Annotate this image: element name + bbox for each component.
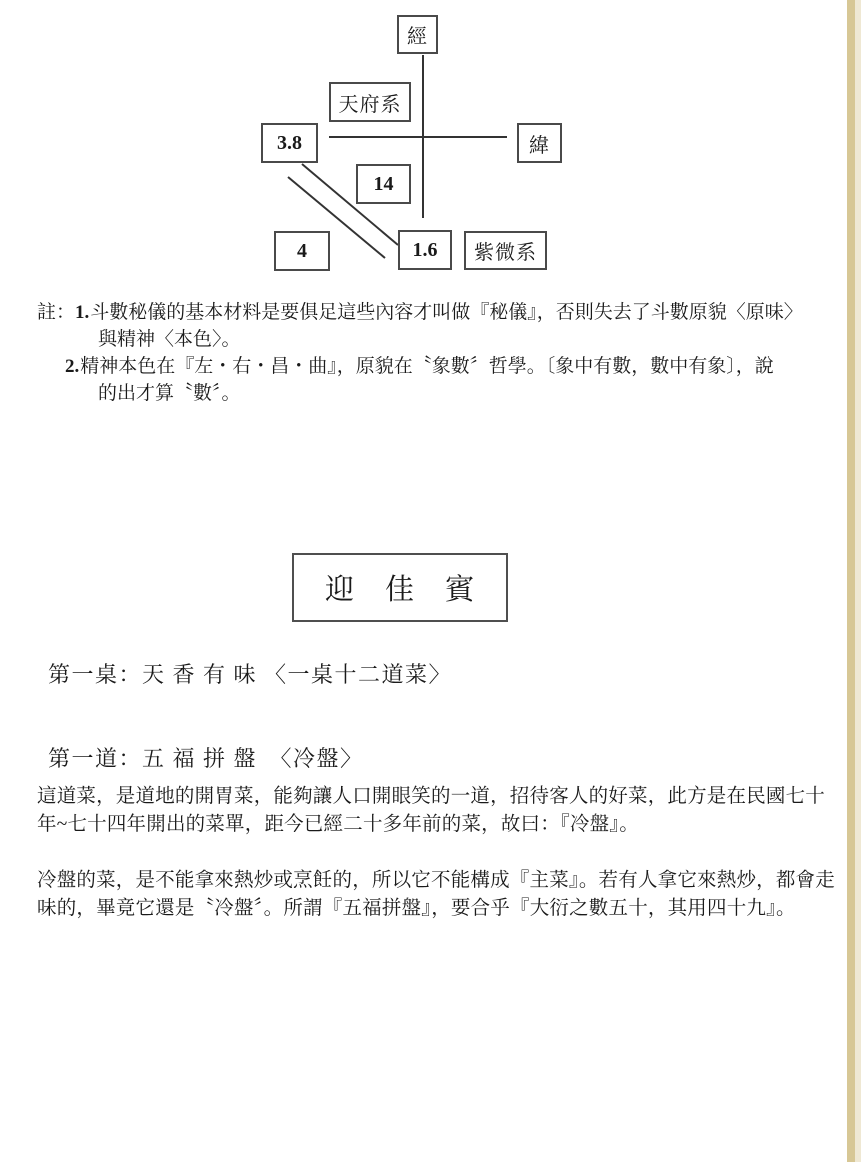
- paragraph-2: 冷盤的菜，是不能拿來熱炒或烹飪的，所以它不能構成『主菜』。若有人拿它來熱炒，都會…: [37, 867, 836, 923]
- diagram-box-1-6: 1.6: [398, 230, 452, 270]
- note-line-3: 2.精神本色在『左・右・昌・曲』，原貌在〝象數〞哲學。〔象中有數，數中有象〕，說: [0, 353, 861, 380]
- diagram-box-ziwei-label: 紫微系: [474, 236, 537, 265]
- note-line-2: 與精神〈本色〉。: [0, 326, 861, 353]
- diagram-box-tianfu-label: 天府系: [339, 88, 402, 117]
- note-item-2-continued: 的出才算〝數〞。: [98, 383, 241, 404]
- note-item-1-number: 1.: [75, 302, 90, 323]
- page-edge-strip-light: [855, 0, 861, 1162]
- page-edge-strip-dark: [847, 0, 855, 1162]
- note-block: 註：1.斗數秘儀的基本材料是要俱足這些內容才叫做『秘儀』，否則失去了斗數原貌〈原…: [0, 299, 861, 407]
- note-line-1: 註：1.斗數秘儀的基本材料是要俱足這些內容才叫做『秘儀』，否則失去了斗數原貌〈原…: [0, 299, 861, 326]
- dish-heading: 第一道：五 福 拼 盤 〈冷盤〉: [48, 742, 364, 773]
- diagram-box-4-label: 4: [297, 240, 307, 263]
- diagram-box-3-8: 3.8: [261, 123, 318, 163]
- diagram-box-wei-label: 緯: [529, 129, 550, 158]
- note-prefix: 註：: [37, 302, 75, 323]
- banner-box: 迎 佳 賓: [292, 553, 508, 622]
- paragraph-1: 這道菜，是道地的開胃菜，能夠讓人口開眼笑的一道，招待客人的好菜，此方是在民國七十…: [37, 783, 836, 839]
- note-item-1-continued: 與精神〈本色〉。: [98, 329, 241, 350]
- note-item-2-text: 精神本色在『左・右・昌・曲』，原貌在〝象數〞哲學。〔象中有數，數中有象〕，說: [80, 356, 774, 377]
- diagram-box-14-label: 14: [374, 173, 394, 196]
- diagram-box-14: 14: [356, 164, 411, 204]
- diagram-box-ziwei: 紫微系: [464, 231, 547, 270]
- diagram-box-wei: 緯: [517, 123, 562, 163]
- note-item-2-number: 2.: [65, 356, 80, 377]
- diagram-box-1-6-label: 1.6: [413, 239, 438, 262]
- diagram-box-jing-label: 經: [407, 20, 428, 49]
- diagram-box-3-8-label: 3.8: [277, 132, 302, 155]
- table-heading: 第一桌：天 香 有 味 〈一桌十二道菜〉: [48, 658, 452, 689]
- diagram-box-jing: 經: [397, 15, 438, 54]
- diagram-box-4: 4: [274, 231, 330, 271]
- document-page: 經 天府系 3.8 緯 14 4 1.6 紫微系 註：1.斗數秘儀的基本材料是要…: [0, 0, 861, 1162]
- note-line-4: 的出才算〝數〞。: [0, 380, 861, 407]
- note-item-1-text: 斗數秘儀的基本材料是要俱足這些內容才叫做『秘儀』，否則失去了斗數原貌〈原味〉: [90, 302, 803, 323]
- diagram: 經 天府系 3.8 緯 14 4 1.6 紫微系: [0, 0, 861, 292]
- diagram-box-tianfu: 天府系: [329, 82, 411, 122]
- banner-title: 迎 佳 賓: [325, 567, 475, 608]
